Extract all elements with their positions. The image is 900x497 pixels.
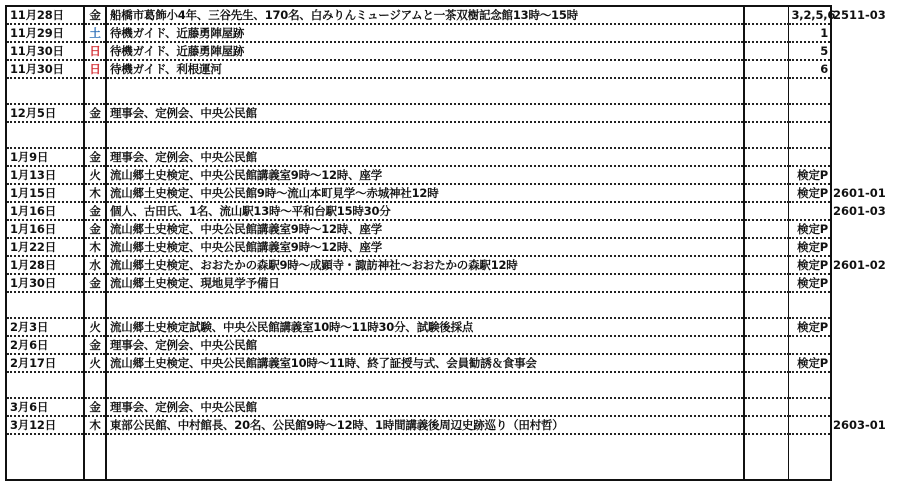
date-cell: 2月6日 [6,336,84,354]
blank-column-cell [744,166,788,184]
date-cell: 1月22日 [6,238,84,256]
blank-column-cell [744,398,788,416]
category-cell [788,122,831,148]
schedule-row: 1月22日木流山郷土史検定、中央公民館講義室9時〜12時、座学検定P [6,238,831,256]
blank-column-cell [744,416,788,434]
date-cell [6,434,84,480]
reference-code: 2511-03 [833,8,886,22]
description-cell: 理事会、定例会、中央公民館 [106,104,744,122]
category-cell: 検定P [788,238,831,256]
date-cell: 11月30日 [6,60,84,78]
empty-row [6,434,831,480]
blank-column-cell [744,104,788,122]
category-cell [788,78,831,104]
date-cell: 1月9日 [6,148,84,166]
category-cell: 検定P [788,274,831,292]
date-cell: 1月28日 [6,256,84,274]
category-cell [788,372,831,398]
description-cell: 東部公民館、中村館長、20名、公民館9時〜12時、1時間講義後周辺史跡巡り（田村… [106,416,744,434]
weekday-cell: 水 [84,256,106,274]
category-cell: 検定P [788,354,831,372]
schedule-table: 11月28日金船橋市葛飾小4年、三谷先生、170名、白みりんミュージアムと一茶双… [5,5,832,481]
schedule-sheet: 11月28日金船橋市葛飾小4年、三谷先生、170名、白みりんミュージアムと一茶双… [5,5,830,481]
description-cell: 流山郷土史検定、現地見学予備日 [106,274,744,292]
description-cell: 流山郷土史検定、中央公民館9時〜流山本町見学〜赤城神社12時 [106,184,744,202]
blank-column-cell [744,220,788,238]
description-cell: 理事会、定例会、中央公民館 [106,336,744,354]
weekday-cell: 木 [84,238,106,256]
description-cell: 待機ガイド、利根運河 [106,60,744,78]
category-cell: 検定P [788,318,831,336]
schedule-row: 3月12日木東部公民館、中村館長、20名、公民館9時〜12時、1時間講義後周辺史… [6,416,831,434]
reference-code: 2601-02 [833,258,886,272]
category-cell [788,292,831,318]
date-cell [6,122,84,148]
blank-column-cell [744,434,788,480]
weekday-cell [84,372,106,398]
spacer-row [6,292,831,318]
schedule-row: 11月30日日待機ガイド、利根運河6 [6,60,831,78]
blank-column-cell [744,372,788,398]
date-cell: 1月30日 [6,274,84,292]
description-cell: 流山郷土史検定試験、中央公民館講義室10時〜11時30分、試験後採点 [106,318,744,336]
description-cell: 流山郷土史検定、中央公民館講義室9時〜12時、座学 [106,220,744,238]
description-cell [106,434,744,480]
description-cell: 理事会、定例会、中央公民館 [106,148,744,166]
weekday-cell: 金 [84,104,106,122]
date-cell: 1月13日 [6,166,84,184]
reference-code: 2601-03 [833,204,886,218]
reference-code: 2601-01 [833,186,886,200]
category-cell [788,416,831,434]
description-cell: 待機ガイド、近藤勇陣屋跡 [106,42,744,60]
weekday-cell: 土 [84,24,106,42]
date-cell: 1月16日 [6,202,84,220]
blank-column-cell [744,60,788,78]
blank-column-cell [744,318,788,336]
blank-column-cell [744,6,788,24]
category-cell: 5 [788,42,831,60]
schedule-row: 1月15日木流山郷土史検定、中央公民館9時〜流山本町見学〜赤城神社12時検定P [6,184,831,202]
category-cell [788,398,831,416]
category-cell [788,434,831,480]
date-cell: 2月17日 [6,354,84,372]
date-cell [6,292,84,318]
schedule-row: 2月6日金理事会、定例会、中央公民館 [6,336,831,354]
weekday-cell: 木 [84,184,106,202]
description-cell: 理事会、定例会、中央公民館 [106,398,744,416]
description-cell [106,122,744,148]
weekday-cell: 金 [84,274,106,292]
description-cell: 流山郷土史検定、中央公民館講義室9時〜12時、座学 [106,238,744,256]
schedule-row: 3月6日金理事会、定例会、中央公民館 [6,398,831,416]
category-cell [788,202,831,220]
date-cell [6,372,84,398]
date-cell: 11月30日 [6,42,84,60]
date-cell: 2月3日 [6,318,84,336]
category-cell [788,148,831,166]
weekday-cell: 日 [84,60,106,78]
date-cell [6,78,84,104]
weekday-cell [84,434,106,480]
weekday-cell: 金 [84,6,106,24]
spacer-row [6,372,831,398]
description-cell: 流山郷土史検定、おおたかの森駅9時〜成顕寺・諏訪神社〜おおたかの森駅12時 [106,256,744,274]
description-cell [106,78,744,104]
description-cell: 流山郷土史検定、中央公民館講義室9時〜12時、座学 [106,166,744,184]
schedule-row: 2月17日火流山郷土史検定、中央公民館講義室10時〜11時、終了証授与式、会員勧… [6,354,831,372]
category-cell: 検定P [788,184,831,202]
weekday-cell: 金 [84,398,106,416]
weekday-cell [84,78,106,104]
schedule-row: 1月28日水流山郷土史検定、おおたかの森駅9時〜成顕寺・諏訪神社〜おおたかの森駅… [6,256,831,274]
weekday-cell: 金 [84,336,106,354]
blank-column-cell [744,336,788,354]
date-cell: 11月29日 [6,24,84,42]
date-cell: 1月16日 [6,220,84,238]
spacer-row [6,78,831,104]
category-cell: 検定P [788,256,831,274]
blank-column-cell [744,354,788,372]
category-cell: 6 [788,60,831,78]
date-cell: 11月28日 [6,6,84,24]
schedule-row: 1月30日金流山郷土史検定、現地見学予備日検定P [6,274,831,292]
blank-column-cell [744,78,788,104]
weekday-cell: 金 [84,148,106,166]
schedule-row: 11月28日金船橋市葛飾小4年、三谷先生、170名、白みりんミュージアムと一茶双… [6,6,831,24]
category-cell: 検定P [788,220,831,238]
weekday-cell [84,292,106,318]
schedule-row: 1月9日金理事会、定例会、中央公民館 [6,148,831,166]
date-cell: 12月5日 [6,104,84,122]
category-cell: 3,2,5,6 [788,6,831,24]
blank-column-cell [744,42,788,60]
schedule-row: 11月30日日待機ガイド、近藤勇陣屋跡5 [6,42,831,60]
blank-column-cell [744,202,788,220]
category-cell [788,104,831,122]
weekday-cell [84,122,106,148]
date-cell: 3月12日 [6,416,84,434]
weekday-cell: 金 [84,220,106,238]
date-cell: 1月15日 [6,184,84,202]
weekday-cell: 日 [84,42,106,60]
blank-column-cell [744,24,788,42]
schedule-row: 2月3日火流山郷土史検定試験、中央公民館講義室10時〜11時30分、試験後採点検… [6,318,831,336]
description-cell [106,292,744,318]
weekday-cell: 火 [84,354,106,372]
blank-column-cell [744,122,788,148]
schedule-row: 12月5日金理事会、定例会、中央公民館 [6,104,831,122]
description-cell: 流山郷土史検定、中央公民館講義室10時〜11時、終了証授与式、会員勧誘＆食事会 [106,354,744,372]
weekday-cell: 火 [84,166,106,184]
reference-code: 2603-01 [833,418,886,432]
weekday-cell: 金 [84,202,106,220]
description-cell [106,372,744,398]
spacer-row [6,122,831,148]
blank-column-cell [744,148,788,166]
blank-column-cell [744,256,788,274]
schedule-row: 1月16日金個人、古田氏、1名、流山駅13時〜平和台駅15時30分 [6,202,831,220]
category-cell: 1 [788,24,831,42]
schedule-row: 11月29日土待機ガイド、近藤勇陣屋跡1 [6,24,831,42]
description-cell: 個人、古田氏、1名、流山駅13時〜平和台駅15時30分 [106,202,744,220]
category-cell [788,336,831,354]
blank-column-cell [744,238,788,256]
blank-column-cell [744,274,788,292]
description-cell: 船橋市葛飾小4年、三谷先生、170名、白みりんミュージアムと一茶双樹記念館13時… [106,6,744,24]
date-cell: 3月6日 [6,398,84,416]
weekday-cell: 火 [84,318,106,336]
schedule-row: 1月13日火流山郷土史検定、中央公民館講義室9時〜12時、座学検定P [6,166,831,184]
blank-column-cell [744,184,788,202]
weekday-cell: 木 [84,416,106,434]
blank-column-cell [744,292,788,318]
description-cell: 待機ガイド、近藤勇陣屋跡 [106,24,744,42]
schedule-row: 1月16日金流山郷土史検定、中央公民館講義室9時〜12時、座学検定P [6,220,831,238]
category-cell: 検定P [788,166,831,184]
